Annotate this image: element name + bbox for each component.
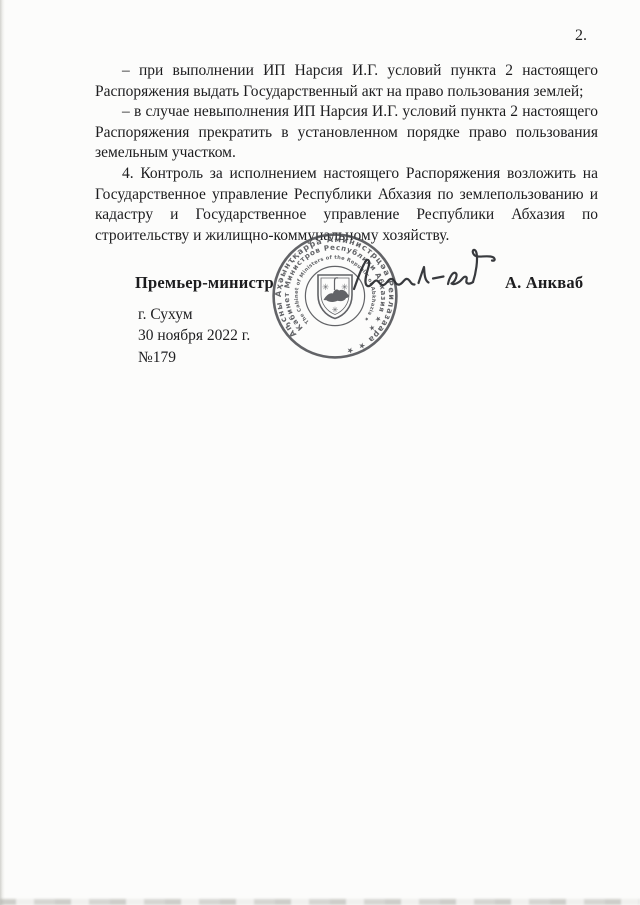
page-number: 2. — [575, 27, 587, 45]
footer-document-number: №179 — [138, 349, 176, 367]
scan-artifact-left-edge — [0, 0, 5, 905]
scan-artifact-bottom-edge — [0, 899, 640, 905]
signature-autograph — [350, 242, 500, 300]
star-icon: ✳ — [332, 306, 339, 315]
footer-date: 30 ноября 2022 г. — [138, 327, 250, 345]
paragraph-item-2: – в случае невыполнения ИП Нарсия И.Г. у… — [95, 102, 598, 164]
staff-icon — [335, 278, 339, 290]
paragraph-item-1: – при выполнении ИП Нарсия И.Г. условий … — [95, 61, 598, 102]
signer-name: А. Анкваб — [505, 273, 583, 293]
coat-of-arms-shield: ✳ ✳ ✳ — [318, 275, 352, 319]
star-icon: ✳ — [322, 283, 329, 293]
footer-city: г. Сухум — [138, 306, 193, 324]
document-body: – при выполнении ИП Нарсия И.Г. условий … — [95, 61, 598, 246]
document-page: 2. – при выполнении ИП Нарсия И.Г. услов… — [0, 0, 640, 905]
signer-title: Премьер-министр — [135, 273, 274, 293]
